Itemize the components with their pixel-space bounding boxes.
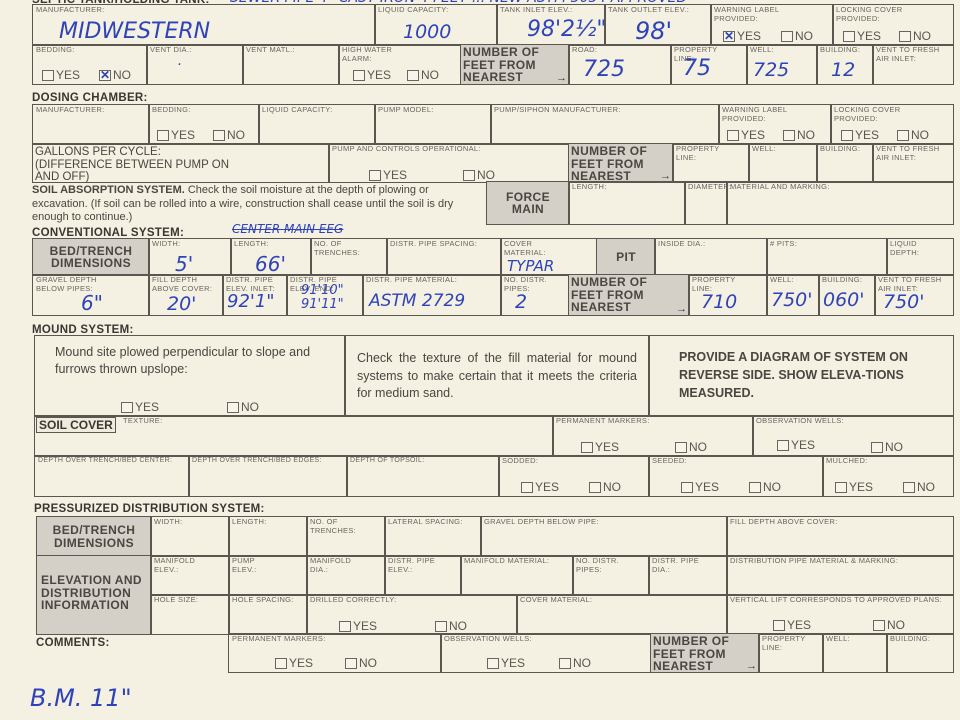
dosing-warning-label-field: WARNING LABEL PROVIDED: YES NO xyxy=(718,104,832,145)
comments-permanent-markers-field: PERMANENT MARKERS: YES NO xyxy=(228,633,442,673)
label: DEPTH OVER TRENCH/BED CENTER: xyxy=(38,457,178,466)
dosing-liquid-capacity-field[interactable]: LIQUID CAPACITY: xyxy=(258,104,376,145)
conv-length-field[interactable]: LENGTH: 66' xyxy=(230,238,312,276)
option-label: YES xyxy=(353,619,377,633)
checkbox[interactable] xyxy=(681,482,693,493)
septic-bedding-field: BEDDING: YES NO xyxy=(32,44,148,85)
seeded-field: SEEDED: YES NO xyxy=(648,455,824,497)
checkbox[interactable] xyxy=(157,130,169,141)
property-line-value: 75 xyxy=(683,56,711,81)
checkbox[interactable] xyxy=(871,442,883,453)
header-text: BED/TRENCH DIMENSIONS xyxy=(49,524,139,549)
depth-topsoil-field[interactable]: DEPTH OF TOPSOIL: xyxy=(346,455,500,497)
label: OBSERVATION WELLS: xyxy=(756,417,844,426)
label: PUMP MODEL: xyxy=(378,106,434,115)
force-main-length-field[interactable]: LENGTH: xyxy=(568,181,686,225)
septic-locking-cover-no[interactable]: NO xyxy=(899,29,931,43)
label: LIQUID CAPACITY: xyxy=(378,6,449,15)
checkbox[interactable] xyxy=(339,621,351,632)
building-value: 12 xyxy=(831,59,855,81)
label: GALLONS PER CYCLE: (DIFFERENCE BETWEEN P… xyxy=(35,146,235,184)
checkbox[interactable] xyxy=(559,658,571,669)
conv-well-value: 750' xyxy=(771,289,813,311)
option-label: NO xyxy=(689,440,707,454)
header-text: NUMBER OF FEET FROM NEAREST xyxy=(653,635,749,673)
checkbox[interactable] xyxy=(841,130,853,141)
label: WIDTH: xyxy=(152,240,180,249)
checkbox[interactable] xyxy=(521,482,533,493)
label: DEPTH OF TOPSOIL: xyxy=(350,457,424,466)
label: MANIFOLD MATERIAL: xyxy=(464,557,549,566)
checkbox[interactable] xyxy=(487,658,499,669)
hole-size-field[interactable]: HOLE SIZE: xyxy=(150,594,230,635)
sodded-field: SODDED: YES NO xyxy=(498,455,650,497)
arrow-right-icon: → xyxy=(746,660,757,672)
comments-wells-yes[interactable]: YES xyxy=(487,656,525,670)
conv-no-trenches-field[interactable]: NO. OF TRENCHES: xyxy=(310,238,388,276)
septic-bedding-no[interactable]: NO xyxy=(99,68,131,82)
option-label: NO xyxy=(763,480,781,494)
checkbox[interactable] xyxy=(727,130,739,141)
conv-well-field[interactable]: WELL: 750' xyxy=(766,274,820,316)
conv-property-line-value: 710 xyxy=(701,291,737,313)
option-label: YES xyxy=(857,29,881,43)
septic-manufacturer-value: MIDWESTERN xyxy=(59,19,210,44)
option-label: NO xyxy=(885,440,903,454)
checkbox[interactable] xyxy=(589,482,601,493)
soil-absorption-title: SOIL ABSORPTION SYSTEM. xyxy=(32,184,185,196)
gallons-per-cycle-field[interactable]: GALLONS PER CYCLE: (DIFFERENCE BETWEEN P… xyxy=(32,143,330,183)
label: INSIDE DIA.: xyxy=(658,240,705,249)
mulched-no[interactable]: NO xyxy=(903,480,935,494)
dosing-bedding-field: BEDDING: YES NO xyxy=(148,104,260,145)
septic-warning-label-yes[interactable]: YES xyxy=(723,29,761,43)
label: LENGTH: xyxy=(234,240,269,249)
option-label: NO xyxy=(241,400,259,414)
dosing-locking-cover-yes[interactable]: YES xyxy=(841,128,879,142)
press-fill-depth-field[interactable]: FILL DEPTH ABOVE COVER: xyxy=(726,516,954,557)
checkbox[interactable] xyxy=(369,170,381,181)
dosing-bedding-yes[interactable]: YES xyxy=(157,128,195,142)
comments-feet-from-nearest-header: NUMBER OF FEET FROM NEAREST → xyxy=(650,633,760,673)
conv-width-field[interactable]: WIDTH: 5' xyxy=(148,238,232,276)
conv-no-distr-pipes-field[interactable]: NO. DISTR. PIPES: 2 xyxy=(500,274,570,316)
label: PERMANENT MARKERS: xyxy=(556,417,650,426)
press-length-field[interactable]: LENGTH: xyxy=(228,516,308,557)
label: # PITS: xyxy=(770,240,797,249)
label: VENT TO FRESH AIR INLET: xyxy=(876,145,952,162)
option-label: NO xyxy=(477,168,495,182)
label: DISTR. PIPE SPACING: xyxy=(390,240,477,249)
septic-locking-cover-field: LOCKING COVER PROVIDED: YES NO xyxy=(832,4,954,46)
plowed-no[interactable]: NO xyxy=(227,400,259,414)
label: DIAMETER: xyxy=(688,183,732,192)
checkbox[interactable] xyxy=(435,621,447,632)
sodded-no[interactable]: NO xyxy=(589,480,621,494)
label: TANK INLET ELEV.: xyxy=(500,6,573,15)
option-label: NO xyxy=(917,480,935,494)
option-label: NO xyxy=(227,128,245,142)
vertical-lift-no[interactable]: NO xyxy=(873,618,905,632)
septic-locking-cover-yes[interactable]: YES xyxy=(843,29,881,43)
dosing-feet-from-nearest-header: NUMBER OF FEET FROM NEAREST → xyxy=(568,143,674,183)
pressurized-system-section-title: PRESSURIZED DISTRIBUTION SYSTEM: xyxy=(34,503,265,515)
hole-spacing-field[interactable]: HOLE SPACING: xyxy=(228,594,308,635)
label: HIGH WATER ALARM: xyxy=(342,46,422,63)
conv-gravel-depth-field[interactable]: GRAVEL DEPTH BELOW PIPES: 6" xyxy=(32,274,150,316)
conv-cover-material-field[interactable]: COVER MATERIAL: TYPAR xyxy=(500,238,598,276)
elevation-info-header: ELEVATION AND DISTRIBUTION INFORMATION xyxy=(36,555,152,635)
pump-siphon-manufacturer-field[interactable]: PUMP/SIPHON MANUFACTURER: xyxy=(490,104,720,145)
checkbox[interactable] xyxy=(407,70,419,81)
depth-edges-field[interactable]: DEPTH OVER TRENCH/BED EDGES: xyxy=(188,455,348,497)
checkbox[interactable] xyxy=(42,70,54,81)
pipe-elev-inlet-value: 92'1" xyxy=(227,291,275,312)
checkbox[interactable] xyxy=(773,620,785,631)
manifold-material-field[interactable]: MANIFOLD MATERIAL: xyxy=(460,555,574,596)
label: WELL: xyxy=(826,635,850,644)
label: MATERIAL AND MARKING: xyxy=(730,183,830,192)
label: DISTR. PIPE MATERIAL: xyxy=(366,276,457,285)
label: VENT TO FRESH AIR INLET: xyxy=(876,46,952,63)
checkbox[interactable] xyxy=(675,442,687,453)
header-text: BED/TRENCH DIMENSIONS xyxy=(46,245,136,270)
label: FILL DEPTH ABOVE COVER: xyxy=(730,518,837,527)
septic-well-field[interactable]: WELL: 725 xyxy=(746,44,818,85)
checkbox-checked[interactable] xyxy=(723,31,735,42)
comments-property-line-field[interactable]: PROPERTY LINE: xyxy=(758,633,824,673)
plowed-yes[interactable]: YES xyxy=(121,400,159,414)
checkbox[interactable] xyxy=(843,31,855,42)
soil-permanent-markers-field: PERMANENT MARKERS: YES NO xyxy=(552,415,754,457)
press-gravel-depth-field[interactable]: GRAVEL DEPTH BELOW PIPE: xyxy=(480,516,728,557)
dosing-warning-label-no[interactable]: NO xyxy=(783,128,815,142)
mulched-field: MULCHED: YES NO xyxy=(822,455,954,497)
tank-outlet-elev-value: 98' xyxy=(635,17,672,45)
pipe-material-value: ASTM 2729 xyxy=(369,291,465,311)
comments-markers-yes[interactable]: YES xyxy=(275,656,313,670)
label: HOLE SPACING: xyxy=(232,596,294,605)
label: LOCKING COVER PROVIDED: xyxy=(836,6,926,23)
septic-road-field[interactable]: ROAD: 725 xyxy=(568,44,672,85)
checkbox[interactable] xyxy=(749,482,761,493)
option-label: YES xyxy=(135,400,159,414)
arrow-right-icon: → xyxy=(676,303,687,315)
dosing-manufacturer-field[interactable]: MANUFACTURER: xyxy=(32,104,150,145)
option-label: NO xyxy=(887,618,905,632)
conv-pipe-elev-end-field[interactable]: DISTR. PIPE ELEV. END: 91'10" 91'11" xyxy=(286,274,364,316)
option-label: YES xyxy=(849,480,873,494)
soil-wells-yes[interactable]: YES xyxy=(777,438,815,452)
vertical-lift-yes[interactable]: YES xyxy=(773,618,811,632)
checkbox[interactable] xyxy=(345,658,357,669)
dosing-well-field[interactable]: WELL: xyxy=(748,143,818,183)
checkbox[interactable] xyxy=(121,402,133,413)
soil-cover-header: SOIL COVER xyxy=(36,417,116,433)
texture-note-text: Check the texture of the fill material f… xyxy=(357,350,637,403)
label: ROAD: xyxy=(572,46,597,55)
dosing-chamber-section-title: DOSING CHAMBER: xyxy=(32,92,148,104)
dosing-vent-fresh-air-field[interactable]: VENT TO FRESH AIR INLET: xyxy=(872,143,954,183)
label: PUMP AND CONTROLS OPERATIONAL: xyxy=(332,145,481,154)
label: NO. OF TRENCHES: xyxy=(314,240,374,257)
label: GRAVEL DEPTH BELOW PIPE: xyxy=(484,518,599,527)
option-label: YES xyxy=(741,128,765,142)
label: COVER MATERIAL: xyxy=(520,596,592,605)
diagram-note-text: PROVIDE A DIAGRAM OF SYSTEM ON REVERSE S… xyxy=(679,348,939,402)
pump-controls-operational-field: PUMP AND CONTROLS OPERATIONAL: YES NO xyxy=(328,143,570,183)
high-water-alarm-field: HIGH WATER ALARM: YES NO xyxy=(338,44,462,85)
comments-well-field[interactable]: WELL: xyxy=(822,633,888,673)
option-label: YES xyxy=(383,168,407,182)
option-label: YES xyxy=(791,438,815,452)
label: LOCKING COVER PROVIDED: xyxy=(834,106,924,123)
press-lateral-spacing-field[interactable]: LATERAL SPACING: xyxy=(384,516,482,557)
mound-diagram-note: PROVIDE A DIAGRAM OF SYSTEM ON REVERSE S… xyxy=(648,335,954,417)
conv-fill-depth-field[interactable]: FILL DEPTH ABOVE COVER: 20' xyxy=(148,274,224,316)
no-distr-pipes-value: 2 xyxy=(515,291,527,313)
label: DISTRIBUTION PIPE MATERIAL & MARKING: xyxy=(730,557,898,566)
soil-markers-no[interactable]: NO xyxy=(675,440,707,454)
pit-header: PIT xyxy=(596,238,656,276)
comments-markers-no[interactable]: NO xyxy=(345,656,377,670)
press-cover-material-field[interactable]: COVER MATERIAL: xyxy=(516,594,728,635)
label: HOLE SIZE: xyxy=(154,596,198,605)
seeded-no[interactable]: NO xyxy=(749,480,781,494)
label: PROPERTY LINE: xyxy=(676,145,736,162)
checkbox[interactable] xyxy=(783,130,795,141)
drilled-correctly-field: DRILLED CORRECTLY: YES NO xyxy=(306,594,518,635)
option-label: NO xyxy=(449,619,467,633)
label: SEEDED: xyxy=(652,457,687,466)
label: WARNING LABEL PROVIDED: xyxy=(714,6,804,23)
septic-property-line-field[interactable]: PROPERTY LINE: 75 xyxy=(670,44,748,85)
label: PERMANENT MARKERS: xyxy=(232,635,326,644)
option-label: NO xyxy=(603,480,621,494)
checkbox[interactable] xyxy=(581,442,593,453)
conv-distr-pipe-spacing-field[interactable]: DISTR. PIPE SPACING: xyxy=(386,238,502,276)
force-main-diameter-field[interactable]: DIAMETER: xyxy=(684,181,728,225)
option-label: YES xyxy=(56,68,80,82)
label: WIDTH: xyxy=(154,518,182,527)
label: MANIFOLD ELEV.: xyxy=(154,557,214,574)
checkbox[interactable] xyxy=(275,658,287,669)
label: VENT MATL.: xyxy=(246,46,295,55)
option-label: YES xyxy=(595,440,619,454)
press-distr-pipe-elev-field[interactable]: DISTR. PIPE ELEV.: xyxy=(384,555,462,596)
option-label: YES xyxy=(501,656,525,670)
label: VERTICAL LIFT CORRESPONDS TO APPROVED PL… xyxy=(730,596,945,605)
header-text: PIT xyxy=(616,251,636,264)
header-text: ELEVATION AND DISTRIBUTION INFORMATION xyxy=(41,574,151,612)
conv-vent-value: 750' xyxy=(883,291,925,313)
septic-manufacturer-field[interactable]: MANUFACTURER: MIDWESTERN xyxy=(32,4,376,46)
label: BEDDING: xyxy=(36,46,75,55)
label: FILL DEPTH ABOVE COVER: xyxy=(152,276,222,293)
dosing-bedding-no[interactable]: NO xyxy=(213,128,245,142)
label: MANUFACTURER: xyxy=(36,106,105,115)
manifold-dia-field[interactable]: MANIFOLD DIA.: xyxy=(306,555,386,596)
checkbox[interactable] xyxy=(353,70,365,81)
checkbox[interactable] xyxy=(227,402,239,413)
checkbox[interactable] xyxy=(897,130,909,141)
label: COVER MATERIAL: xyxy=(504,240,564,257)
septic-vent-matl-field[interactable]: VENT MATL.: xyxy=(242,44,340,85)
label: GRAVEL DEPTH BELOW PIPES: xyxy=(36,276,116,293)
vertical-lift-field: VERTICAL LIFT CORRESPONDS TO APPROVED PL… xyxy=(726,594,954,635)
pipe-elev-end-value: 91'10" xyxy=(301,283,344,298)
label: LENGTH: xyxy=(572,183,607,192)
seeded-yes[interactable]: YES xyxy=(681,480,719,494)
sodded-yes[interactable]: YES xyxy=(521,480,559,494)
checkbox[interactable] xyxy=(213,130,225,141)
press-no-trenches-field[interactable]: NO. OF TRENCHES: xyxy=(306,516,386,557)
label: PUMP/SIPHON MANUFACTURER: xyxy=(494,106,621,115)
septic-warning-label-no[interactable]: NO xyxy=(781,29,813,43)
septic-warning-label-field: WARNING LABEL PROVIDED: YES NO xyxy=(710,4,834,46)
checkbox[interactable] xyxy=(463,170,475,181)
dosing-locking-cover-field: LOCKING COVER PROVIDED: YES NO xyxy=(830,104,954,145)
label: MANUFACTURER: xyxy=(36,6,105,15)
label: DEPTH OVER TRENCH/BED EDGES: xyxy=(192,457,332,466)
drilled-no[interactable]: NO xyxy=(435,619,467,633)
septic-bedding-yes[interactable]: YES xyxy=(42,68,80,82)
checkbox[interactable] xyxy=(873,620,885,631)
septic-feet-from-nearest-header: NUMBER OF FEET FROM NEAREST → xyxy=(460,44,570,85)
option-label: YES xyxy=(535,480,559,494)
septic-vent-fresh-air-field[interactable]: VENT TO FRESH AIR INLET: xyxy=(872,44,954,85)
soil-cover-texture-field[interactable]: SOIL COVER TEXTURE: xyxy=(34,415,554,457)
label: MANIFOLD DIA.: xyxy=(310,557,370,574)
dosing-locking-cover-no[interactable]: NO xyxy=(897,128,929,142)
comments-observation-wells-field: OBSERVATION WELLS: YES NO xyxy=(440,633,652,673)
pump-model-field[interactable]: PUMP MODEL: xyxy=(374,104,492,145)
option-label: NO xyxy=(573,656,591,670)
dosing-property-line-field[interactable]: PROPERTY LINE: xyxy=(672,143,750,183)
soil-markers-yes[interactable]: YES xyxy=(581,440,619,454)
mound-plowed-field: Mound site plowed perpendicular to slope… xyxy=(34,335,346,417)
conv-building-field[interactable]: BUILDING: 060' xyxy=(818,274,876,316)
header-text: NUMBER OF FEET FROM NEAREST xyxy=(571,145,667,183)
option-label: YES xyxy=(695,480,719,494)
septic-vent-dia-field[interactable]: VENT DIA.: · xyxy=(146,44,244,85)
distribution-pipe-material-field[interactable]: DISTRIBUTION PIPE MATERIAL & MARKING: xyxy=(726,555,954,596)
conv-vent-fresh-air-field[interactable]: VENT TO FRESH AIR INLET: 750' xyxy=(874,274,954,316)
force-main-material-field[interactable]: MATERIAL AND MARKING: xyxy=(726,181,954,225)
soil-absorption-instructions: SOIL ABSORPTION SYSTEM. Check the soil m… xyxy=(32,184,480,225)
conv-feet-from-nearest-header: NUMBER OF FEET FROM NEAREST → xyxy=(568,274,690,316)
label: SODDED: xyxy=(502,457,538,466)
comments-wells-no[interactable]: NO xyxy=(559,656,591,670)
mulched-yes[interactable]: YES xyxy=(835,480,873,494)
label: MULCHED: xyxy=(826,457,868,466)
label: BUILDING: xyxy=(820,46,860,55)
cover-material-value: TYPAR xyxy=(507,257,554,275)
tank-inlet-elev-field[interactable]: TANK INLET ELEV.: 98'2½" xyxy=(496,4,606,46)
manifold-elev-field[interactable]: MANIFOLD ELEV.: xyxy=(150,555,230,596)
depth-center-field[interactable]: DEPTH OVER TRENCH/BED CENTER: xyxy=(34,455,190,497)
pipe-elev-end-value-2: 91'11" xyxy=(301,297,344,312)
conv-bed-trench-header: BED/TRENCH DIMENSIONS xyxy=(32,238,150,276)
pit-liquid-depth-field[interactable]: LIQUID DEPTH: xyxy=(886,238,954,276)
force-main-header: FORCE MAIN xyxy=(486,181,570,225)
checkbox[interactable] xyxy=(903,482,915,493)
soil-wells-no[interactable]: NO xyxy=(871,440,903,454)
option-label: YES xyxy=(367,68,391,82)
tank-outlet-elev-field[interactable]: TANK OUTLET ELEV.: 98' xyxy=(604,4,712,46)
tank-inlet-elev-value: 98'2½" xyxy=(527,17,606,42)
conv-width-value: 5' xyxy=(175,252,193,276)
mound-texture-note: Check the texture of the fill material f… xyxy=(344,335,650,417)
label: TEXTURE: xyxy=(123,417,163,426)
septic-liquid-capacity-value: 1000 xyxy=(403,21,451,43)
checkbox[interactable] xyxy=(777,440,789,451)
conv-property-line-field[interactable]: PROPERTY LINE: 710 xyxy=(688,274,768,316)
label: WELL: xyxy=(750,46,774,55)
arrow-right-icon: → xyxy=(556,72,567,84)
label: WARNING LABEL PROVIDED: xyxy=(722,106,812,123)
checkbox[interactable] xyxy=(899,31,911,42)
header-text: NUMBER OF FEET FROM NEAREST xyxy=(463,46,563,84)
label: LENGTH: xyxy=(232,518,267,527)
label: BEDDING: xyxy=(152,106,191,115)
label: PROPERTY LINE: xyxy=(762,635,812,652)
septic-building-field[interactable]: BUILDING: 12 xyxy=(816,44,874,85)
press-no-distr-pipes-field[interactable]: NO. DISTR. PIPES: xyxy=(572,555,650,596)
pump-controls-yes[interactable]: YES xyxy=(369,168,407,182)
dosing-building-field[interactable]: BUILDING: xyxy=(816,143,874,183)
handwritten-bm-note: B.M. 11" xyxy=(30,684,132,712)
conv-distr-pipe-material-field[interactable]: DISTR. PIPE MATERIAL: ASTM 2729 xyxy=(362,274,502,316)
option-label: YES xyxy=(171,128,195,142)
pit-inside-dia-field[interactable]: INSIDE DIA.: xyxy=(654,238,768,276)
option-label: YES xyxy=(855,128,879,142)
pump-elev-field[interactable]: PUMP ELEV.: xyxy=(228,555,308,596)
option-label: NO xyxy=(359,656,377,670)
option-label: NO xyxy=(797,128,815,142)
septic-liquid-capacity-field[interactable]: LIQUID CAPACITY: 1000 xyxy=(374,4,498,46)
dosing-warning-label-yes[interactable]: YES xyxy=(727,128,765,142)
label: NO. OF TRENCHES: xyxy=(310,518,370,535)
conv-pipe-elev-inlet-field[interactable]: DISTR. PIPE ELEV. INLET: 92'1" xyxy=(222,274,288,316)
label: OBSERVATION WELLS: xyxy=(444,635,532,644)
label: TANK OUTLET ELEV.: xyxy=(608,6,689,15)
press-distr-pipe-dia-field[interactable]: DISTR. PIPE DIA.: xyxy=(648,555,728,596)
label: WELL: xyxy=(752,145,776,154)
conv-building-value: 060' xyxy=(823,289,865,311)
pit-count-field[interactable]: # PITS: xyxy=(766,238,888,276)
press-width-field[interactable]: WIDTH: xyxy=(150,516,230,557)
high-water-alarm-no[interactable]: NO xyxy=(407,68,439,82)
gravel-depth-value: 6" xyxy=(81,291,103,315)
checkbox[interactable] xyxy=(835,482,847,493)
label: DRILLED CORRECTLY: xyxy=(310,596,397,605)
checkbox[interactable] xyxy=(781,31,793,42)
label: BUILDING: xyxy=(890,635,930,644)
checkbox-checked[interactable] xyxy=(99,70,111,81)
high-water-alarm-yes[interactable]: YES xyxy=(353,68,391,82)
soil-observation-wells-field: OBSERVATION WELLS: YES NO xyxy=(752,415,954,457)
option-label: NO xyxy=(421,68,439,82)
pump-controls-no[interactable]: NO xyxy=(463,168,495,182)
plowed-text: Mound site plowed perpendicular to slope… xyxy=(55,344,325,378)
press-bed-trench-header: BED/TRENCH DIMENSIONS xyxy=(36,516,152,557)
option-label: NO xyxy=(911,128,929,142)
drilled-yes[interactable]: YES xyxy=(339,619,377,633)
conventional-annotation: CENTER MAIN EEG xyxy=(232,222,343,236)
label: NO. DISTR. PIPES: xyxy=(504,276,554,293)
comments-building-field[interactable]: BUILDING: xyxy=(886,633,954,673)
